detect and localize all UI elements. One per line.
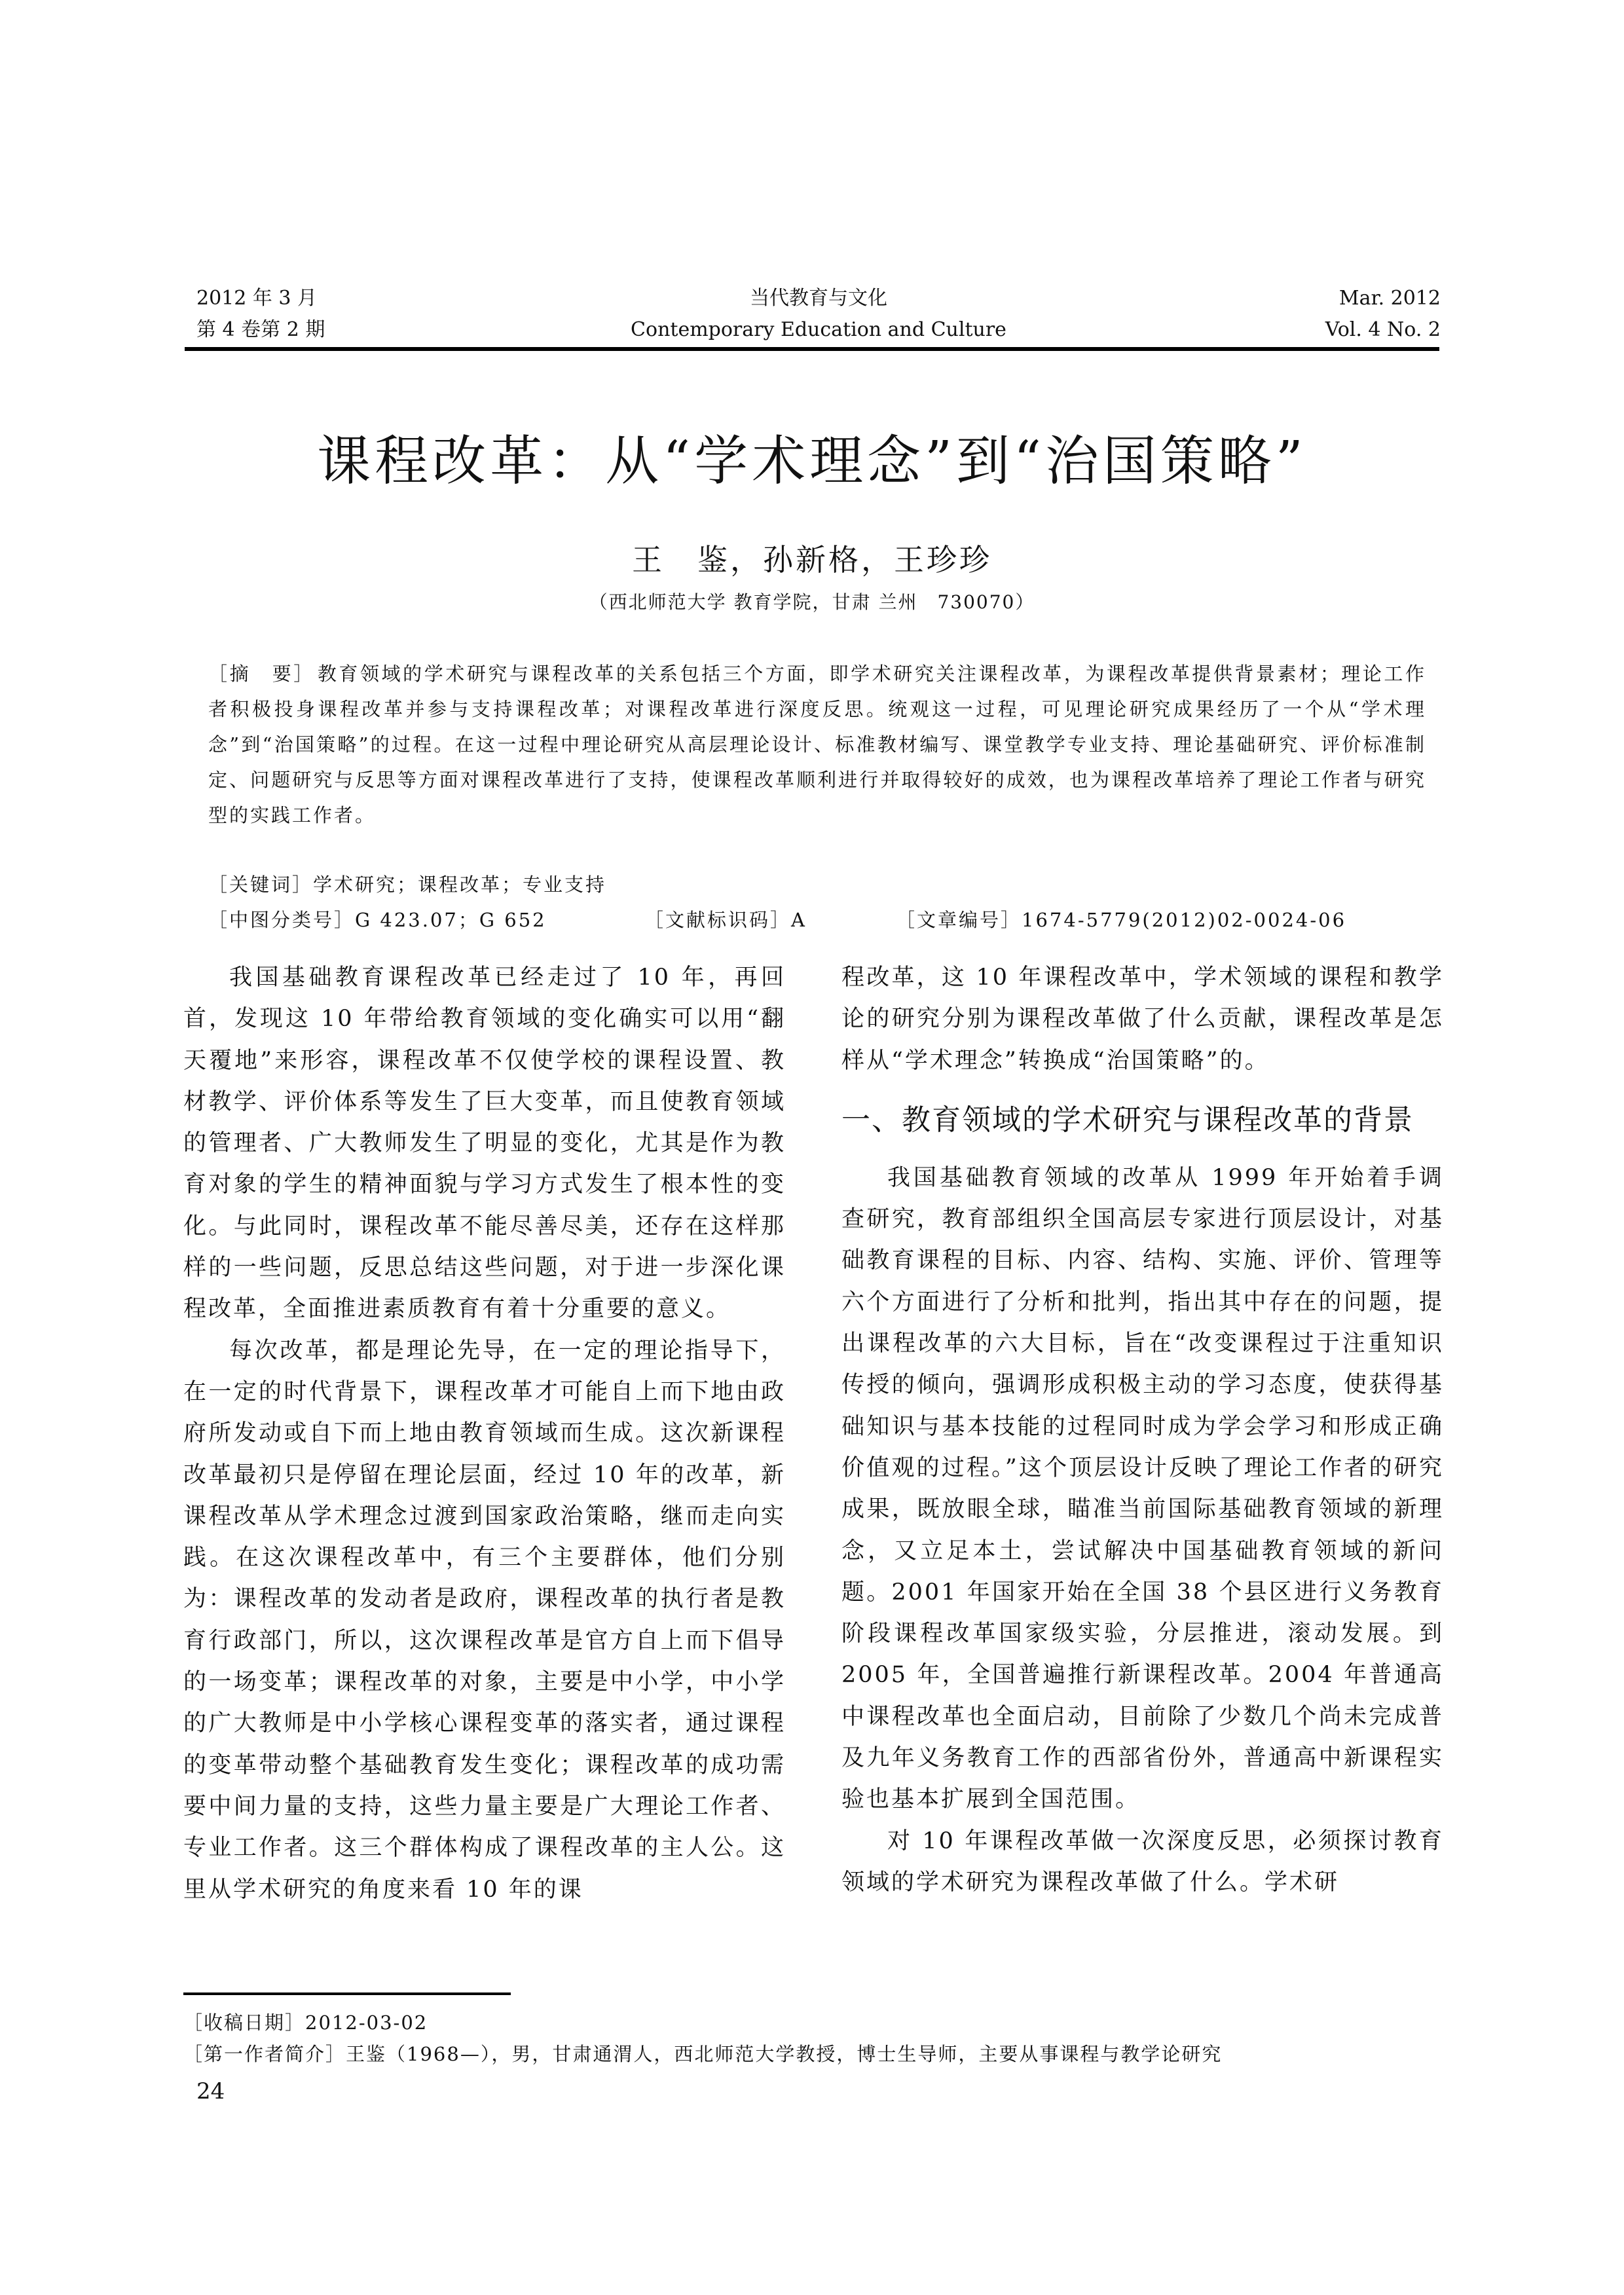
clc-label: ［中图分类号］	[208, 909, 355, 931]
footnote-rule	[183, 1992, 511, 1995]
clc-value: G 423.07；G 652	[355, 909, 547, 931]
article-affiliation: （西北师范大学 教育学院，甘肃 兰州 730070）	[0, 589, 1624, 615]
article-title: 课程改革：从“学术理念”到“治国策略”	[0, 426, 1624, 498]
article-no-value: 1674-5779(2012)02-0024-06	[1022, 909, 1346, 931]
header-rule	[185, 347, 1439, 351]
running-header: 2012 年 3 月 第 4 卷第 2 期 当代教育与文化 Contempora…	[196, 283, 1441, 355]
clc-field: ［中图分类号］G 423.07；G 652	[208, 902, 547, 938]
header-issue-en: Vol. 4 No. 2	[1325, 314, 1441, 346]
abstract-label: ［摘 要］	[208, 663, 315, 685]
doc-code-field: ［文献标识码］A	[644, 902, 807, 938]
doc-code-value: A	[791, 909, 807, 931]
doc-code-label: ［文献标识码］	[644, 909, 791, 931]
body-paragraph: 我国基础教育课程改革已经走过了 10 年，再回首，发现这 10 年带给教育领域的…	[183, 957, 786, 1331]
received-value: 2012-03-02	[305, 2011, 428, 2034]
keywords-text: 学术研究；课程改革；专业支持	[313, 873, 606, 896]
section-heading: 一、教育领域的学术研究与课程改革的背景	[841, 1100, 1444, 1141]
body-right-column: 程改革，这 10 年课程改革中，学术领域的课程和教学论的研究分别为课程改革做了什…	[841, 957, 1444, 1903]
journal-name-cn: 当代教育与文化	[196, 283, 1441, 314]
author-bio-label: ［第一作者简介］	[183, 2043, 346, 2065]
body-paragraph: 对 10 年课程改革做一次深度反思，必须探讨教育领域的学术研究为课程改革做了什么…	[841, 1821, 1444, 1904]
abstract-text: 教育领域的学术研究与课程改革的关系包括三个方面，即学术研究关注课程改革，为课程改…	[208, 663, 1426, 826]
body-paragraph-continuation: 程改革，这 10 年课程改革中，学术领域的课程和教学论的研究分别为课程改革做了什…	[841, 957, 1444, 1082]
received-label: ［收稿日期］	[183, 2011, 305, 2034]
footnote-received: ［收稿日期］2012-03-02	[183, 2008, 428, 2037]
keywords: ［关键词］学术研究；课程改革；专业支持	[208, 867, 606, 902]
journal-page: 2012 年 3 月 第 4 卷第 2 期 当代教育与文化 Contempora…	[0, 0, 1624, 2295]
abstract: ［摘 要］教育领域的学术研究与课程改革的关系包括三个方面，即学术研究关注课程改革…	[208, 656, 1426, 833]
article-no-label: ［文章编号］	[896, 909, 1022, 931]
author-bio-value: 王鉴（1968—），男，甘肃通渭人，西北师范大学教授，博士生导师，主要从事课程与…	[346, 2043, 1222, 2065]
footnote-author-bio: ［第一作者简介］王鉴（1968—），男，甘肃通渭人，西北师范大学教授，博士生导师…	[183, 2040, 1222, 2068]
body-left-column: 我国基础教育课程改革已经走过了 10 年，再回首，发现这 10 年带给教育领域的…	[183, 957, 786, 1911]
page-number: 24	[196, 2077, 225, 2106]
header-center: 当代教育与文化 Contemporary Education and Cultu…	[196, 283, 1441, 346]
keywords-label: ［关键词］	[208, 873, 313, 896]
header-date-en: Mar. 2012	[1325, 283, 1441, 314]
body-paragraph: 每次改革，都是理论先导，在一定的理论指导下，在一定的时代背景下，课程改革才可能自…	[183, 1331, 786, 1911]
journal-name-en: Contemporary Education and Culture	[196, 314, 1441, 346]
body-paragraph: 我国基础教育领域的改革从 1999 年开始着手调查研究，教育部组织全国高层专家进…	[841, 1158, 1444, 1821]
article-no-field: ［文章编号］1674-5779(2012)02-0024-06	[896, 902, 1346, 938]
header-right: Mar. 2012 Vol. 4 No. 2	[1325, 283, 1441, 346]
article-authors: 王 鉴，孙新格，王珍珍	[0, 540, 1624, 579]
